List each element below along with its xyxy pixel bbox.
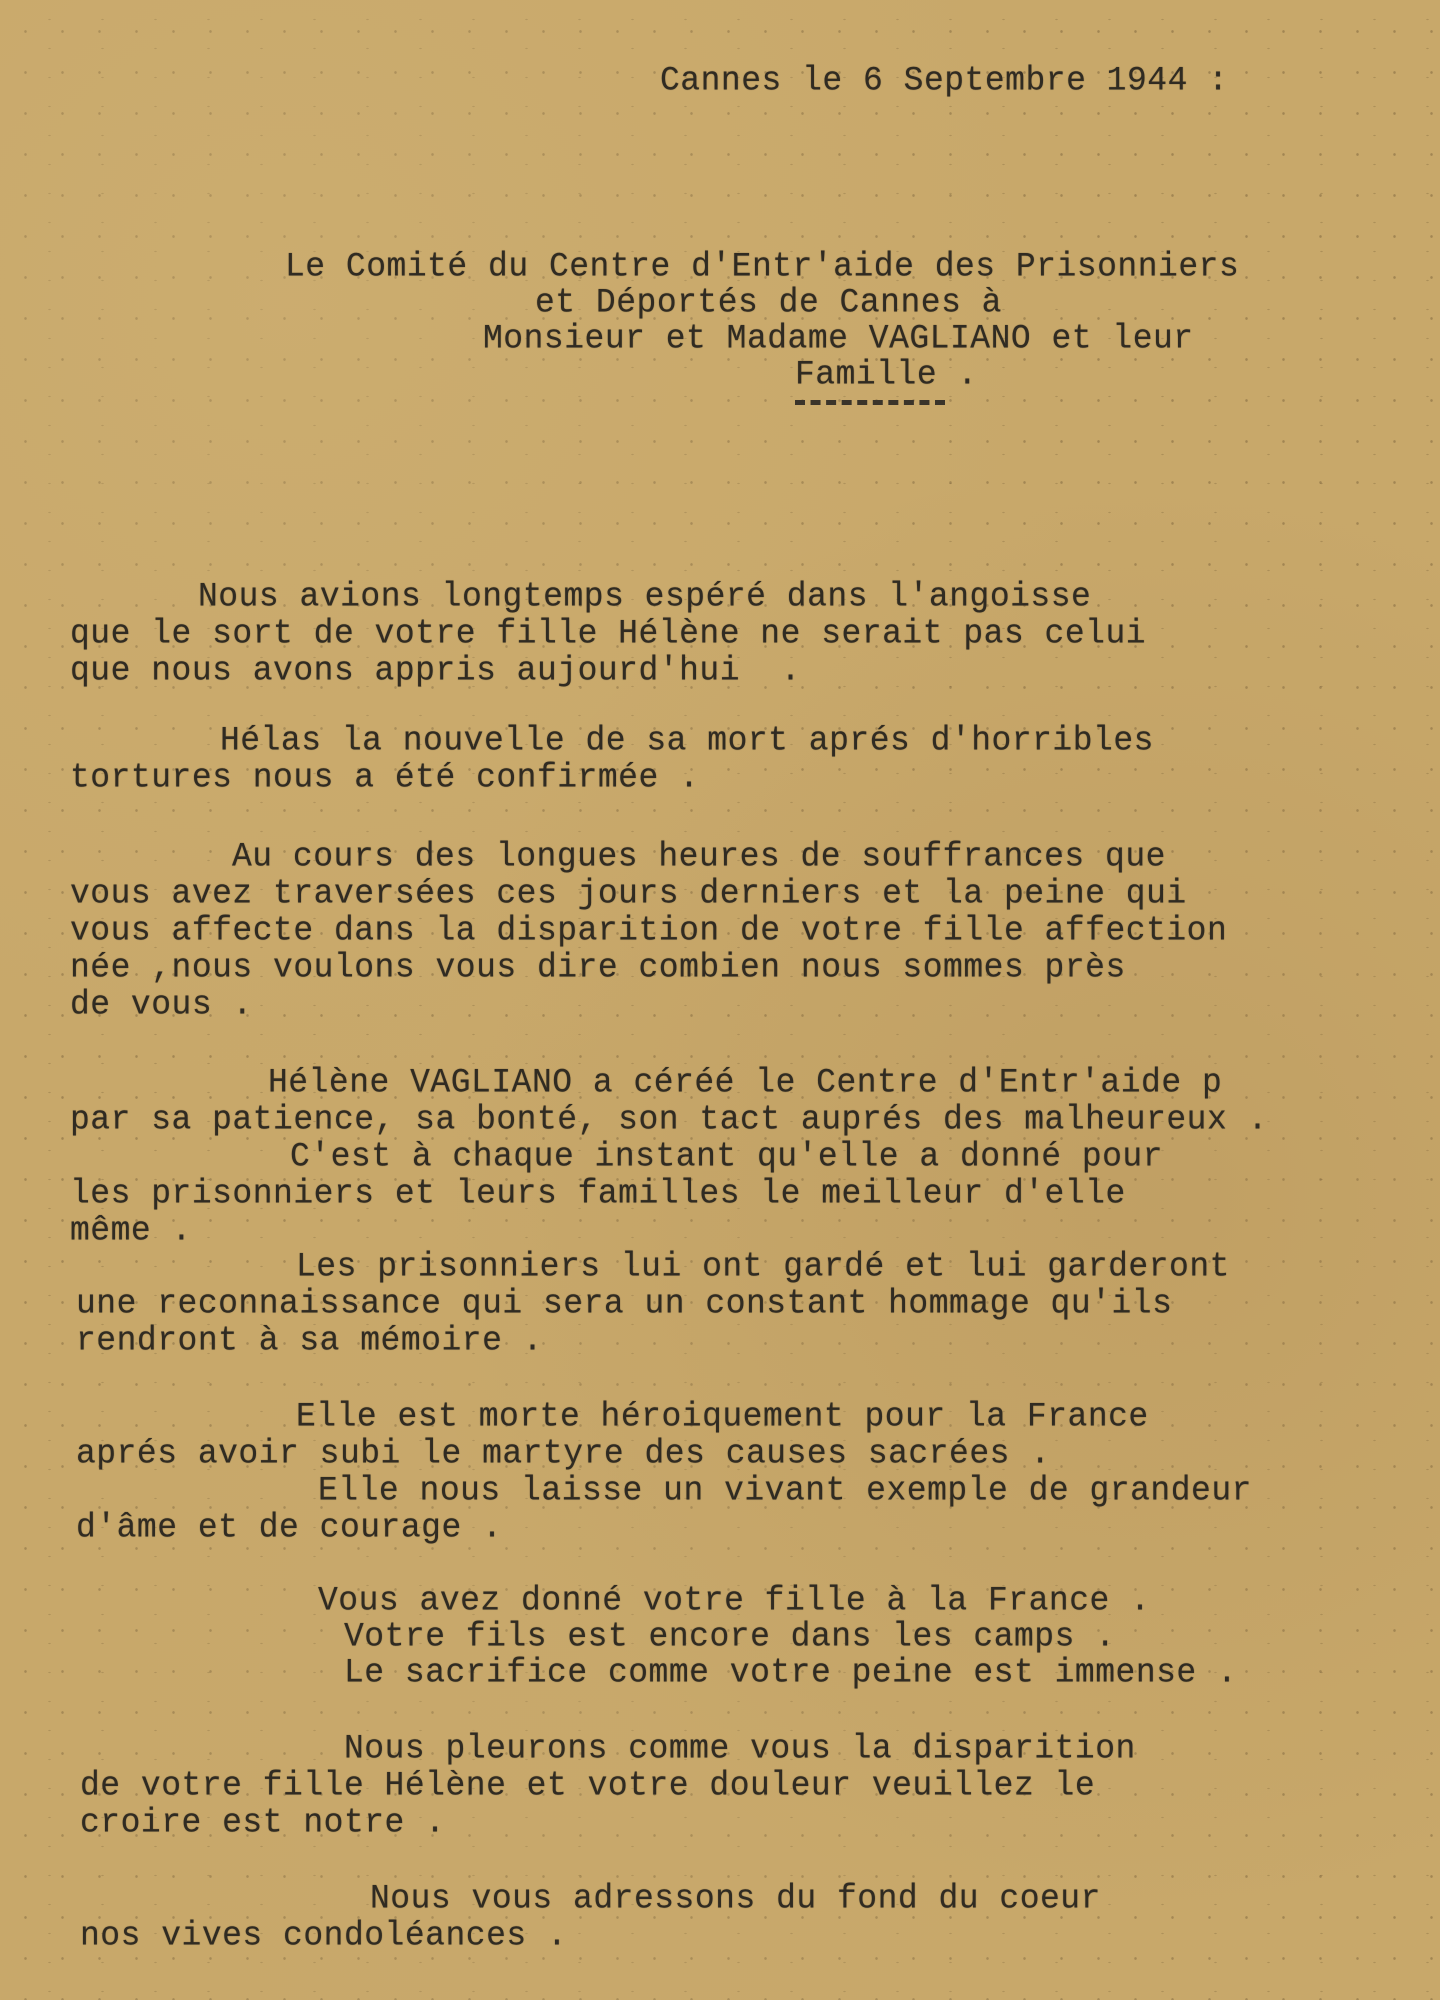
- body-line: Vous avez donné votre fille à la France …: [318, 1582, 1150, 1620]
- body-line: Hélas la nouvelle de sa mort aprés d'hor…: [220, 722, 1154, 760]
- address-line-1: Le Comité du Centre d'Entr'aide des Pris…: [285, 248, 1239, 286]
- body-line: Votre fils est encore dans les camps .: [344, 1618, 1116, 1656]
- body-line: même .: [70, 1212, 192, 1250]
- body-line: d'âme et de courage .: [76, 1509, 502, 1547]
- body-line: aprés avoir subi le martyre des causes s…: [76, 1435, 1051, 1473]
- body-line: croire est notre .: [80, 1804, 445, 1842]
- letter-page: { "document": { "date_line": "Cannes le …: [0, 0, 1440, 2000]
- body-line: de votre fille Hélène et votre douleur v…: [80, 1767, 1095, 1805]
- body-line: Elle est morte héroiquement pour la Fran…: [296, 1398, 1149, 1436]
- body-line: C'est à chaque instant qu'elle a donné p…: [290, 1138, 1163, 1176]
- body-line: une reconnaissance qui sera un constant …: [76, 1285, 1172, 1323]
- separator-dashes: [795, 400, 945, 413]
- body-line: les prisonniers et leurs familles le mei…: [70, 1175, 1126, 1213]
- body-line: Nous vous adressons du fond du coeur: [370, 1880, 1101, 1918]
- body-line: Nous avions longtemps espéré dans l'ango…: [198, 578, 1091, 616]
- body-line: nos vives condoléances .: [80, 1917, 567, 1955]
- body-line: Nous pleurons comme vous la disparition: [344, 1730, 1136, 1768]
- body-line: rendront à sa mémoire .: [76, 1322, 543, 1360]
- body-line: Le sacrifice comme votre peine est immen…: [344, 1654, 1237, 1692]
- body-line: Elle nous laisse un vivant exemple de gr…: [318, 1472, 1252, 1510]
- body-line: tortures nous a été confirmée .: [70, 759, 699, 797]
- date-line: Cannes le 6 Septembre 1944 :: [660, 62, 1229, 100]
- body-line: Les prisonniers lui ont gardé et lui gar…: [296, 1248, 1230, 1286]
- body-line: vous affecte dans la disparition de votr…: [70, 912, 1227, 950]
- body-line: Au cours des longues heures de souffranc…: [232, 838, 1166, 876]
- body-line: que le sort de votre fille Hélène ne ser…: [70, 615, 1146, 653]
- address-line-2: et Déportés de Cannes à: [535, 284, 1002, 322]
- body-line: par sa patience, sa bonté, son tact aupr…: [70, 1101, 1268, 1139]
- body-line: Hélène VAGLIANO a céréé le Centre d'Entr…: [268, 1064, 1222, 1102]
- body-line: née ,nous voulons vous dire combien nous…: [70, 949, 1126, 987]
- body-line: vous avez traversées ces jours derniers …: [70, 875, 1187, 913]
- body-line: de vous .: [70, 986, 253, 1024]
- address-line-3: Monsieur et Madame VAGLIANO et leur: [483, 320, 1194, 358]
- address-line-4: Famille .: [795, 356, 978, 394]
- body-line: que nous avons appris aujourd'hui .: [70, 652, 801, 690]
